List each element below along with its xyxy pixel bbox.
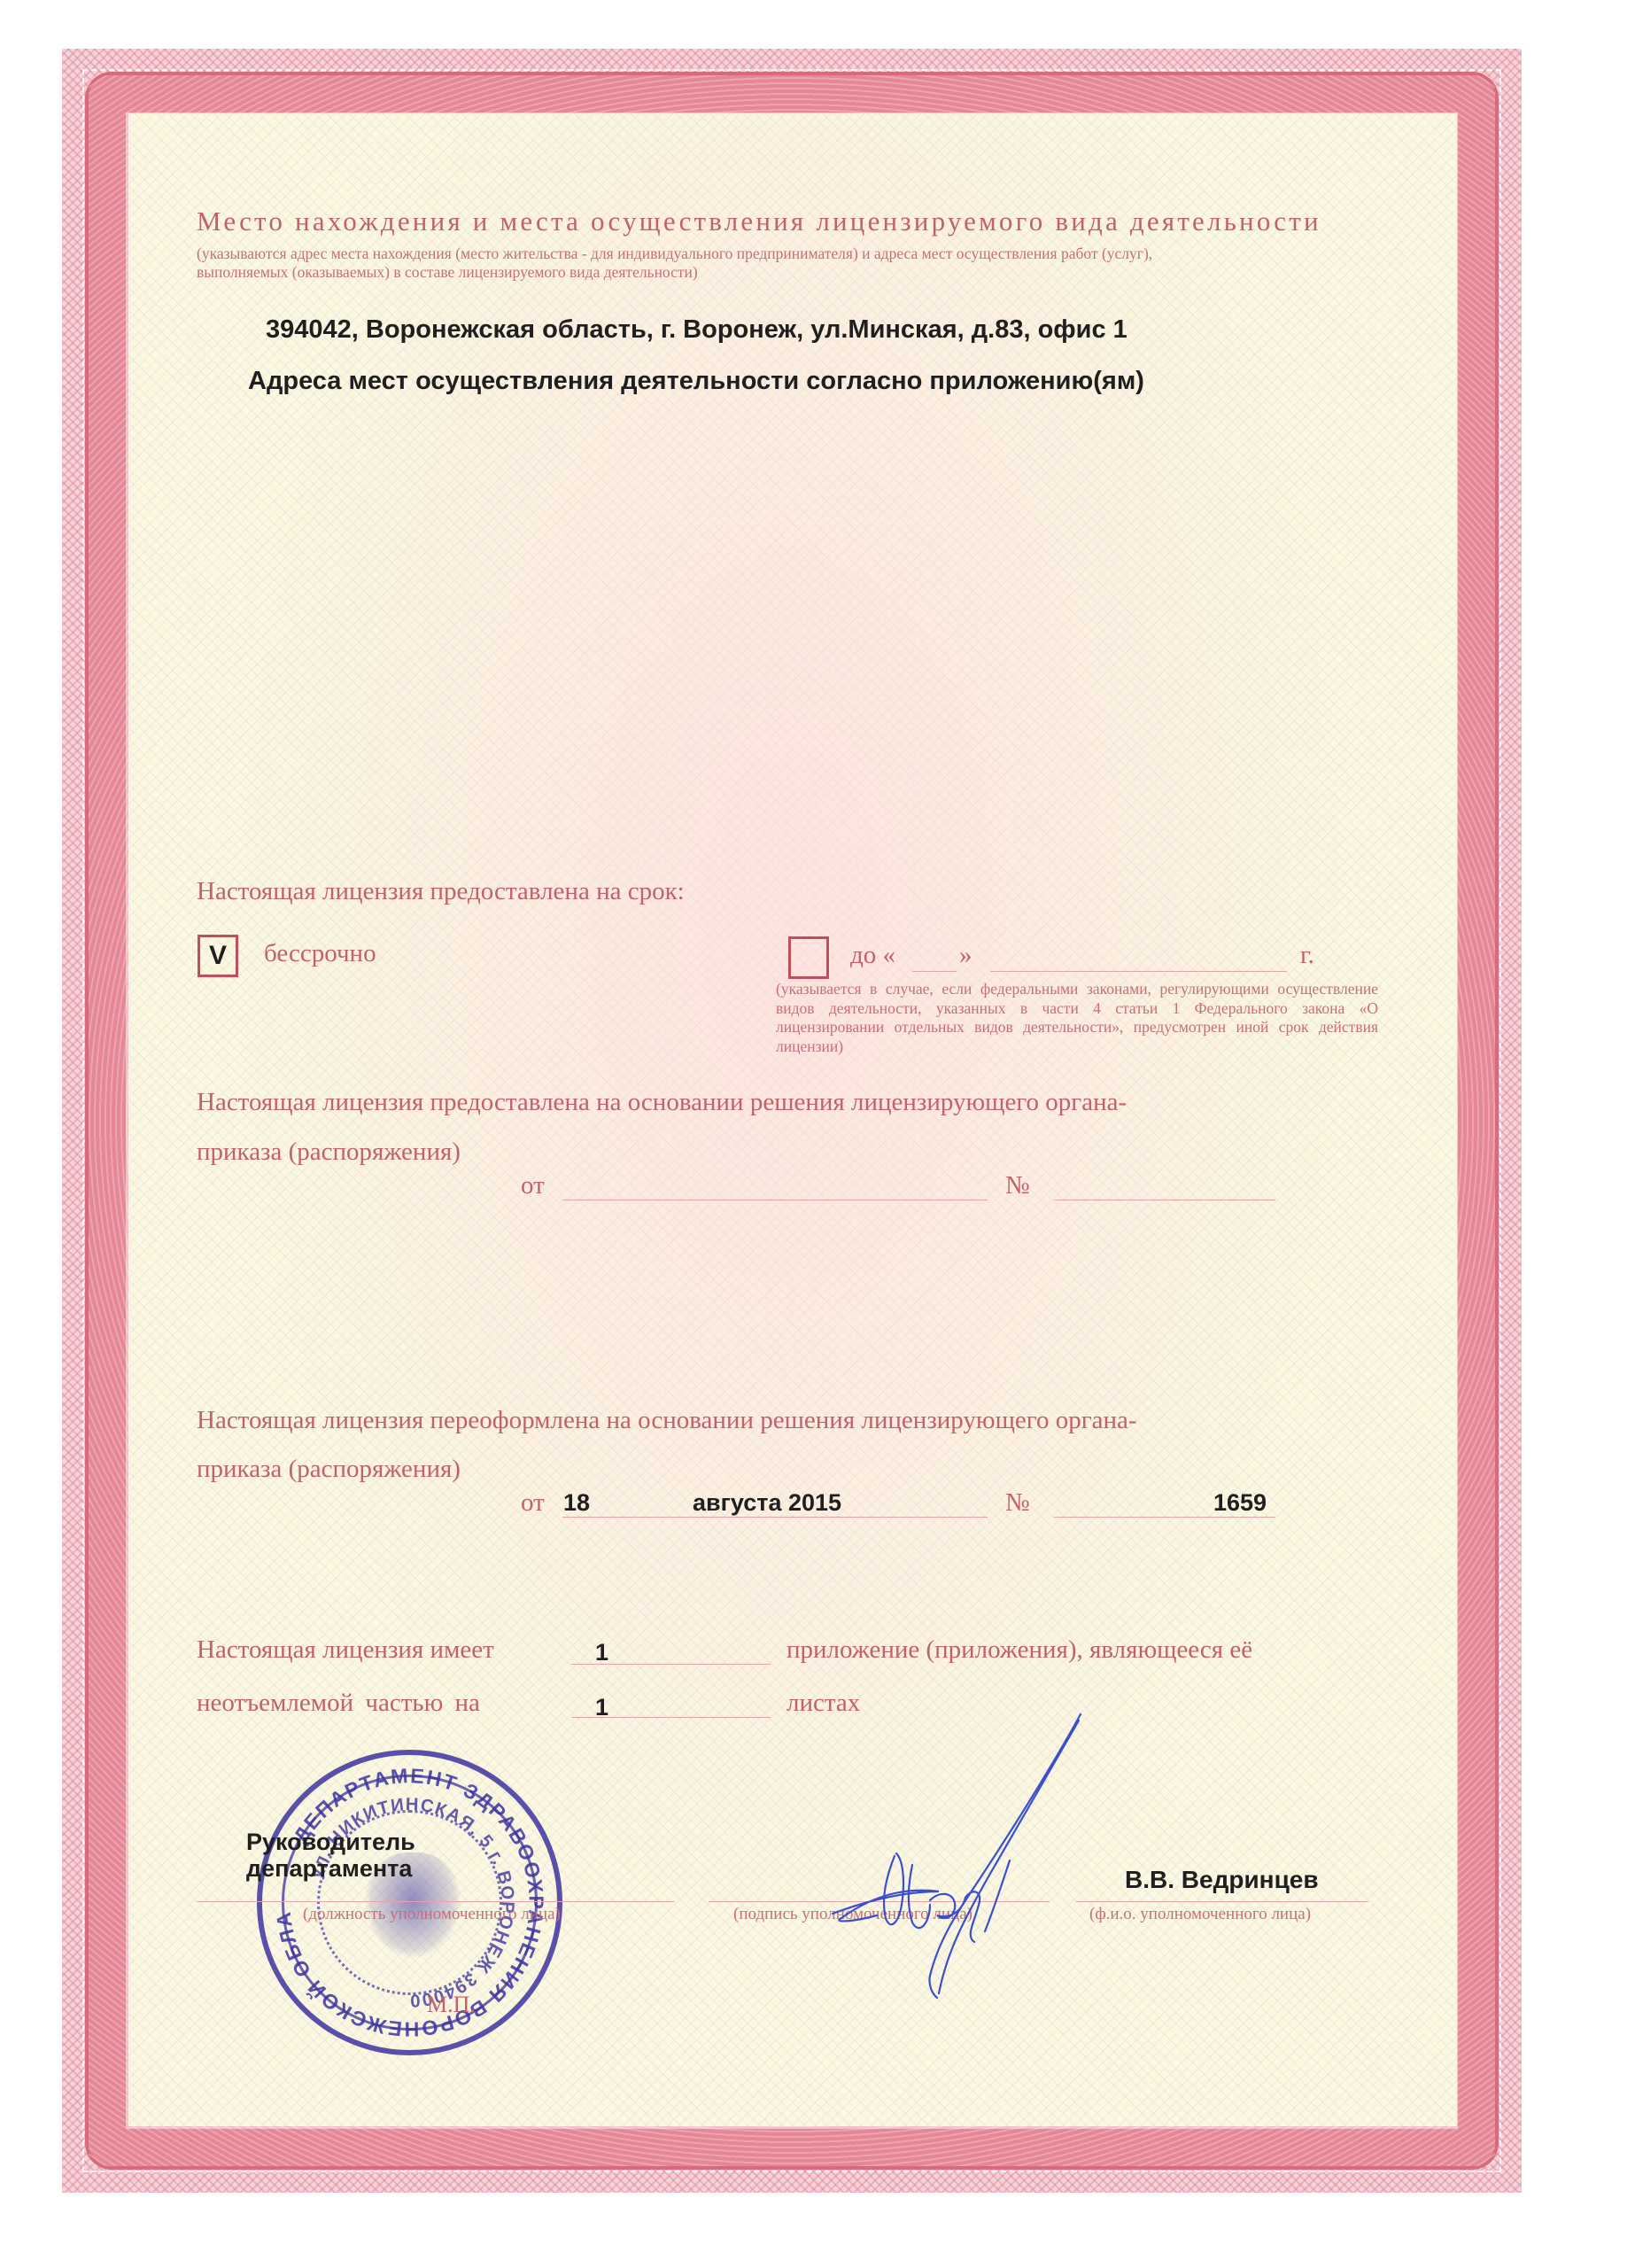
until-date-checkbox[interactable] [788, 936, 829, 979]
checkbox-mark: V [209, 941, 227, 971]
until-mid: » [959, 941, 972, 970]
reissued-basis-line-1: Настоящая лицензия переоформлена на осно… [197, 1406, 1137, 1435]
granted-basis-line-2: приказа (распоряжения) [197, 1138, 461, 1167]
section-note-line-1: (указываются адрес места нахождения (мес… [197, 245, 1152, 263]
until-suffix: г. [1300, 941, 1314, 970]
appendix-line-2-prefix: неотъемлемой частью на [197, 1689, 480, 1718]
position-line-1: Руководитель [246, 1829, 415, 1855]
granted-number-label: № [1005, 1171, 1030, 1200]
reissued-month-year: августа 2015 [693, 1489, 841, 1517]
granted-from-label: от [521, 1171, 545, 1200]
appendix-count: 1 [595, 1639, 608, 1666]
reissued-basis-line-2: приказа (распоряжения) [197, 1455, 461, 1484]
until-prefix: до « [850, 941, 895, 970]
activity-addresses: Адреса мест осуществления деятельности с… [248, 367, 1144, 396]
appendix-count-line [571, 1664, 771, 1665]
seal-mark: М.П. [427, 1992, 476, 2018]
svg-text:ул. НИКИТИНСКАЯ, 5 г. ВОРОНЕЖ: ул. НИКИТИНСКАЯ, 5 г. ВОРОНЕЖ 394000 [306, 1795, 517, 2010]
seal-text-ring: ДЕПАРТАМЕНТ ЗДРАВООХРАНЕНИЯ ВОРОНЕЖСКОЙ … [262, 1755, 557, 2050]
reissued-date-line [562, 1517, 988, 1518]
signer-name: В.В. Ведринцев [1125, 1866, 1319, 1894]
reissued-number-line [1054, 1517, 1275, 1518]
unlimited-checkbox[interactable]: V [198, 935, 238, 977]
name-caption: (ф.и.о. уполномоченного лица) [1089, 1905, 1311, 1924]
section-title: Место нахождения и места осуществления л… [197, 206, 1321, 237]
reissued-number-label: № [1005, 1488, 1030, 1518]
handwritten-signature [797, 1710, 1089, 2011]
position-caption: (должность уполномоченного лица) [303, 1905, 561, 1924]
until-month-year-line [990, 971, 1287, 972]
reissued-from-label: от [521, 1488, 545, 1518]
term-heading: Настоящая лицензия предоставлена на срок… [197, 877, 685, 906]
official-seal: ДЕПАРТАМЕНТ ЗДРАВООХРАНЕНИЯ ВОРОНЕЖСКОЙ … [257, 1750, 562, 2055]
reissued-day: 18 [563, 1489, 590, 1517]
granted-basis-line-1: Настоящая лицензия предоставлена на осно… [197, 1088, 1127, 1117]
granted-date-line [562, 1200, 988, 1200]
unlimited-label: бессрочно [264, 939, 376, 968]
appendix-line-1-prefix: Настоящая лицензия имеет [197, 1635, 494, 1665]
license-address: 394042, Воронежская область, г. Воронеж,… [266, 315, 1127, 345]
until-day-line [912, 971, 957, 972]
name-line [1076, 1901, 1368, 1902]
term-note: (указывается в случае, если федеральными… [776, 980, 1378, 1056]
appendix-line-1-suffix: приложение (приложения), являющееся её [787, 1635, 1252, 1665]
granted-number-line [1054, 1200, 1275, 1200]
sheet-count-line [571, 1717, 771, 1718]
position-line [197, 1901, 675, 1902]
position-line-2: департамента [246, 1855, 412, 1882]
section-note-line-2: выполняемых (оказываемых) в составе лице… [197, 263, 698, 282]
reissued-number: 1659 [1213, 1489, 1267, 1517]
